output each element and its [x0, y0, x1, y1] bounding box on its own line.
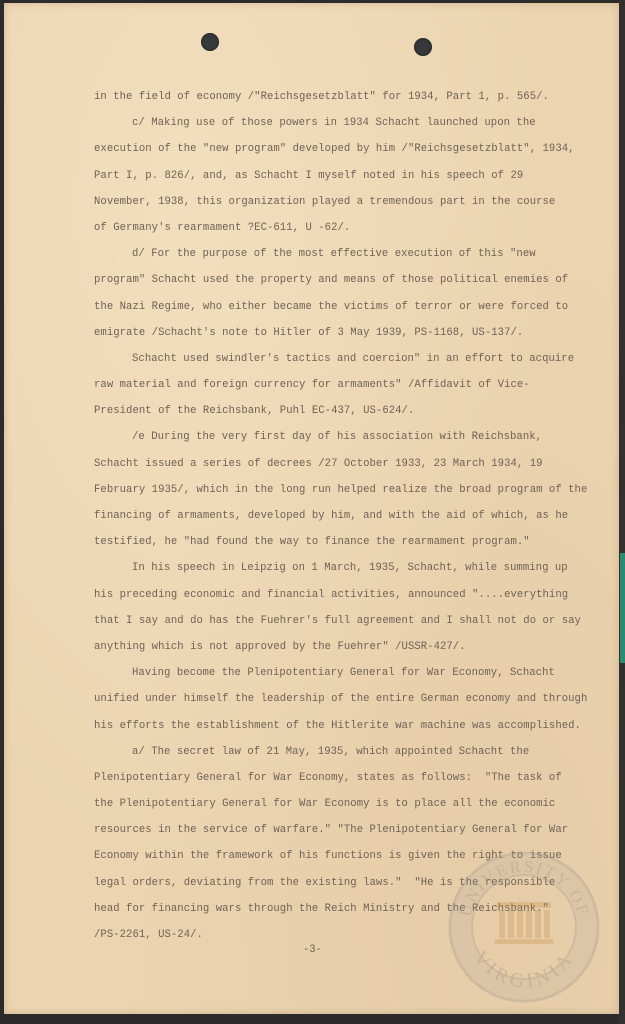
text-line: c/ Making use of those powers in 1934 Sc…	[94, 110, 614, 136]
text-line: /e During the very first day of his asso…	[94, 424, 614, 450]
text-line: his efforts the establishment of the Hit…	[94, 713, 614, 739]
text-line: in the field of economy /"Reichsgesetzbl…	[94, 84, 614, 110]
text-line: Plenipotentiary General for War Economy,…	[94, 765, 614, 791]
text-line: testified, he "had found the way to fina…	[94, 529, 614, 555]
text-line: his preceding economic and financial act…	[94, 582, 614, 608]
text-line: that I say and do has the Fuehrer's full…	[94, 608, 614, 634]
text-line: financing of armaments, developed by him…	[94, 503, 614, 529]
text-line: President of the Reichsbank, Puhl EC-437…	[94, 398, 614, 424]
typewritten-body: in the field of economy /"Reichsgesetzbl…	[94, 84, 614, 948]
punch-hole-icon	[414, 38, 432, 56]
text-line: Schacht used swindler's tactics and coer…	[94, 346, 614, 372]
text-line: raw material and foreign currency for ar…	[94, 372, 614, 398]
text-line: the Plenipotentiary General for War Econ…	[94, 791, 614, 817]
scan-background-edge	[619, 0, 625, 1024]
text-line: the Nazi Regime, who either became the v…	[94, 294, 614, 320]
text-line: of Germany's rearmament ?EC-611, U -62/.	[94, 215, 614, 241]
text-line: In his speech in Leipzig on 1 March, 193…	[94, 555, 614, 581]
text-line: d/ For the purpose of the most effective…	[94, 241, 614, 267]
text-line: execution of the "new program" developed…	[94, 136, 614, 162]
text-line: resources in the service of warfare." "T…	[94, 817, 614, 843]
archival-tab-marker	[620, 553, 625, 663]
text-line: unified under himself the leadership of …	[94, 686, 614, 712]
text-line: Schacht issued a series of decrees /27 O…	[94, 451, 614, 477]
text-line: February 1935/, which in the long run he…	[94, 477, 614, 503]
text-line: anything which is not approved by the Fu…	[94, 634, 614, 660]
text-line: Having become the Plenipotentiary Genera…	[94, 660, 614, 686]
punch-hole-icon	[201, 33, 219, 51]
text-line: a/ The secret law of 21 May, 1935, which…	[94, 739, 614, 765]
text-line: emigrate /Schacht's note to Hitler of 3 …	[94, 320, 614, 346]
university-of-virginia-seal-icon: UNIVERSITY OF VIRGINIA	[447, 850, 601, 1004]
text-line: November, 1938, this organization played…	[94, 189, 614, 215]
text-line: program" Schacht used the property and m…	[94, 267, 614, 293]
text-line: Part I, p. 826/, and, as Schacht I mysel…	[94, 163, 614, 189]
